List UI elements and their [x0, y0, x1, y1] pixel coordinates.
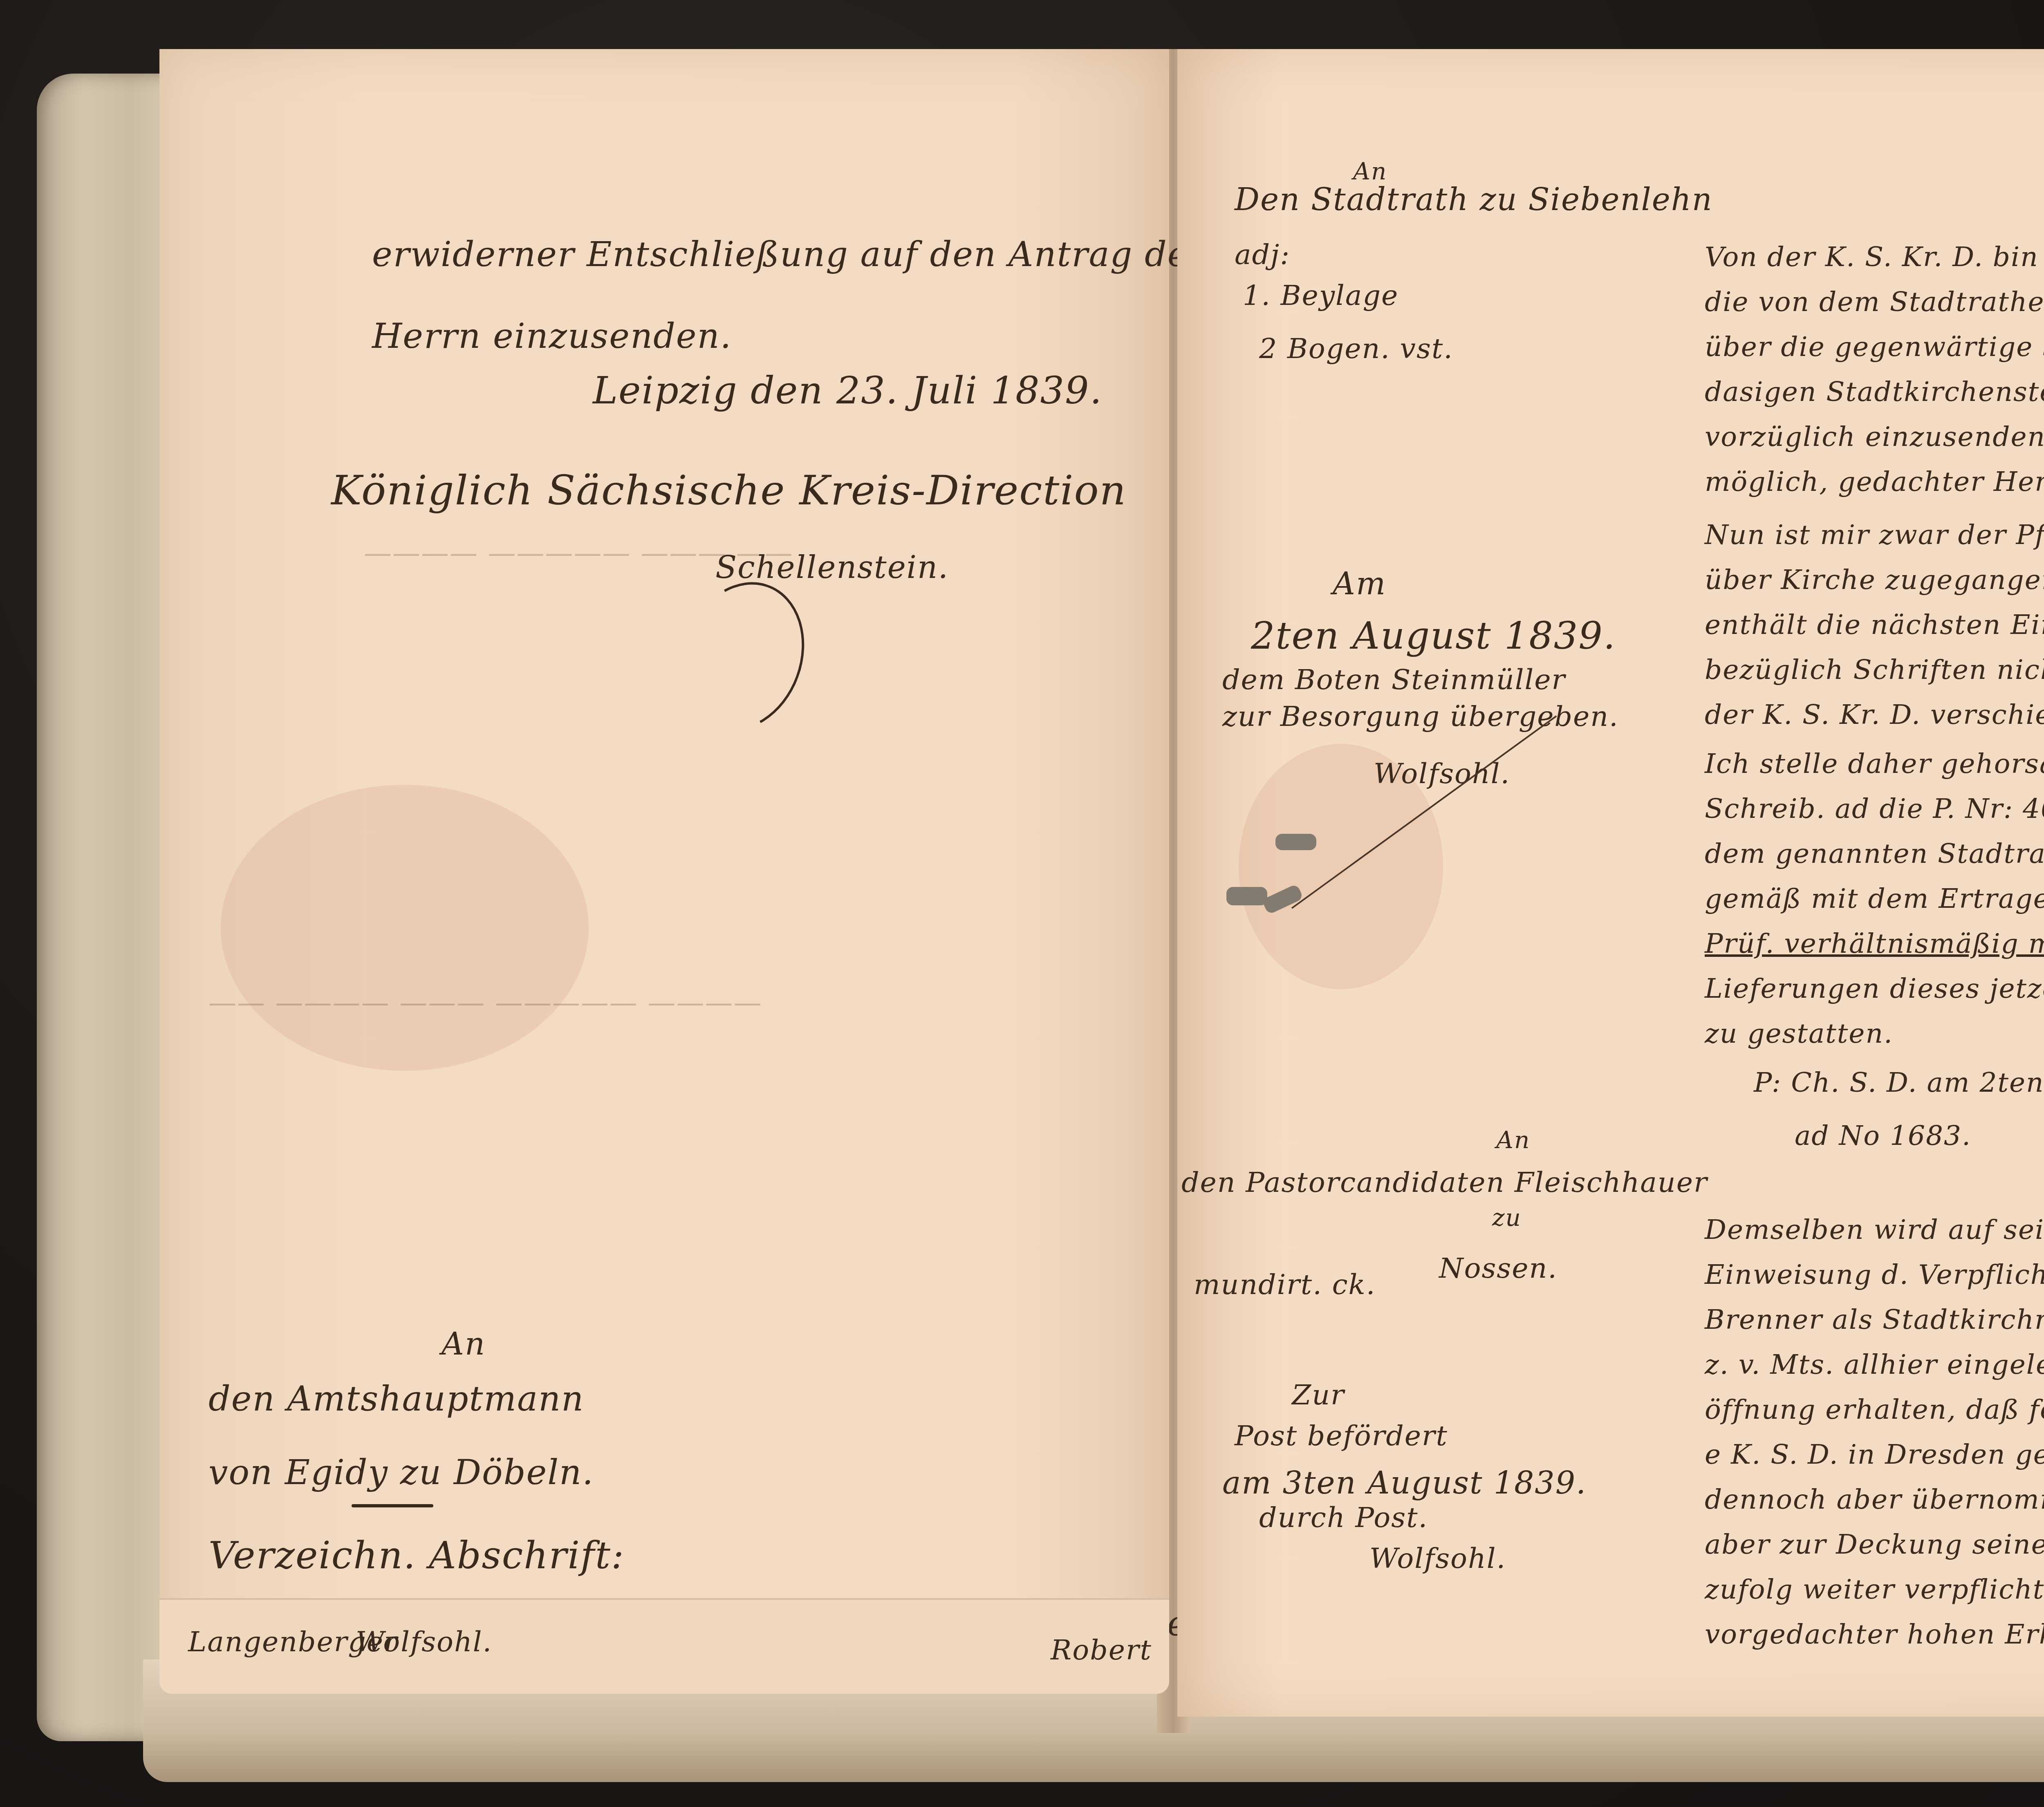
- entry2-location: Nossen.: [1439, 1255, 1558, 1283]
- p3-line-7: zu gestatten.: [1705, 1018, 1893, 1049]
- signature-flourish-icon: [660, 564, 825, 748]
- middle-header-prefix: An: [1353, 159, 1387, 183]
- p1-line-5: vorzüglich einzusenden u. zu Erläuterung…: [1705, 421, 2044, 452]
- address-recipient-1: den Amtshauptmann: [208, 1382, 584, 1416]
- entry1-prefix: Am: [1333, 568, 1386, 599]
- flap-text-2: Wolfsohl.: [356, 1628, 492, 1656]
- continuation-line-2: Herrn einzusenden.: [372, 319, 732, 353]
- p1-line-4: dasigen Stadtkirchenstelle zc. betr. Act…: [1705, 376, 2044, 408]
- p1-line-1: Von der K. S. Kr. D. bin ich veranlaßt w…: [1705, 241, 2044, 273]
- p4-line-5: öffnung erhalten, daß ferner dato die Ho…: [1705, 1394, 2044, 1425]
- entry3-line2: am 3ten August 1839.: [1222, 1467, 1587, 1498]
- entry2-note: mundirt. ck.: [1194, 1271, 1376, 1299]
- flap-text-3: Robert: [1051, 1637, 1152, 1664]
- p4-line-8: aber zur Deckung seiner Gehaltsbedürfnis…: [1705, 1529, 2044, 1560]
- p3-line-2: Schreib. ad die P. Nr: 40. ausgefertigt: [1705, 793, 2044, 824]
- entry2-prefix: An: [1496, 1128, 1530, 1152]
- p4-line-7: dennoch aber übernommen bleibt, daß diej…: [1705, 1484, 2044, 1515]
- middle-header: Den Stadtrath zu Siebenlehn: [1235, 184, 1713, 215]
- p1-line-2: die von dem Stadtrathe zu Siebenlehn ein…: [1705, 286, 2044, 318]
- entry3-line1: Post befördert: [1235, 1422, 1448, 1450]
- p3-line-5: Prüf. verhältnismäßig mit drey: [1705, 928, 2044, 959]
- entry3-prefix: Zur: [1292, 1382, 1345, 1409]
- entry2-recipient: den Pastorcandidaten Fleischhauer: [1181, 1169, 1708, 1197]
- p4-line-4: z. v. Mts. allhier eingelegten Recurs zu…: [1705, 1349, 2044, 1380]
- right-page: 51. An Den Stadtrath zu Siebenlehn adj: …: [1177, 49, 2044, 1717]
- p1-line-6: möglich, gedachter Herrn Rath einzureich…: [1705, 466, 2044, 497]
- entry3-line3: durch Post.: [1259, 1504, 1428, 1532]
- p2-line-2: über Kirche zugegangen allein derselbe: [1705, 564, 2044, 596]
- p4-line-9: zufolg weiter verpflichtet sey, bemerkt …: [1705, 1574, 2044, 1605]
- left-page: —— ———— ——— ————— ———— ———— ————— ——— ——…: [159, 49, 1169, 1680]
- open-book: —— ———— ——— ————— ———— ———— ————— ——— ——…: [37, 25, 2044, 1782]
- p4-line-6: e K. S. D. in Dresden gesetzt worden, u.…: [1705, 1439, 2044, 1470]
- p3-line-3: dem genannten Stadtrathe zur Ausfertigun…: [1705, 838, 2044, 869]
- entry1-line1: dem Boten Steinmüller: [1222, 666, 1566, 694]
- reference-line: P: Ch. S. D. am 2ten Aug. 1839.: [1754, 1067, 2044, 1098]
- p1-line-3: über die gegenwärtige Schulverfassung de…: [1705, 331, 2044, 363]
- p3-line-1: Ich stelle daher gehorsamst, besagte: [1705, 748, 2044, 779]
- adj-item: 1. Beylage: [1243, 282, 1399, 310]
- address-prefix: An: [442, 1328, 486, 1359]
- entry2-location-prefix: zu: [1492, 1206, 1522, 1229]
- divider-rule: [352, 1504, 433, 1507]
- signature: Schellenstein.: [715, 552, 949, 583]
- p2-line-4: bezüglich Schriften nicht, denn Einsicht: [1705, 654, 2044, 685]
- continuation-line-1: erwiderner Entschließung auf den Antrag …: [372, 237, 1207, 271]
- closing-line: Verzeichn. Abschrift:: [208, 1537, 625, 1574]
- p4-line-1: Demselben wird auf seinen wider die: [1705, 1214, 2044, 1245]
- reference-number: ad No 1683.: [1795, 1120, 1971, 1151]
- p2-line-5: der K. S. Kr. D. verschiedentlich ist.: [1705, 699, 2044, 730]
- issuing-authority: Königlich Sächsische Kreis-Direction: [331, 470, 1127, 511]
- entry3-signature: Wolfsohl.: [1369, 1545, 1506, 1573]
- p2-line-1: Nun ist mir zwar der Pfarr Gehaltsaufsat…: [1705, 519, 2044, 551]
- address-recipient-2: von Egidy zu Döbeln.: [208, 1455, 594, 1489]
- p4-line-10: vorgedachter hohen Erklärung unmittelbar: [1705, 1619, 2044, 1650]
- p4-line-3: Brenner als Stadtkirchner zu Siebenlehn …: [1705, 1304, 2044, 1335]
- left-bottom-flap: Langenberger Wolfsohl. Robert: [159, 1598, 1169, 1694]
- place-date: Leipzig den 23. Juli 1839.: [593, 372, 1103, 410]
- p4-line-2: Einweisung d. Verpflichtung des Schulleh…: [1705, 1259, 2044, 1290]
- entry1-date: 2ten August 1839.: [1251, 617, 1616, 655]
- p3-line-4: gemäß mit dem Ertrage, solcher zu: [1705, 883, 2044, 914]
- p2-line-3: enthält die nächsten Eingänge nicht und: [1705, 609, 2044, 640]
- adj-label: adj:: [1235, 241, 1290, 269]
- expedition-note: 2 Bogen. vst.: [1259, 335, 1453, 363]
- entry1-line2: zur Besorgung übergeben.: [1222, 703, 1619, 731]
- p3-line-6: Lieferungen dieses jetzo werden: [1705, 973, 2044, 1004]
